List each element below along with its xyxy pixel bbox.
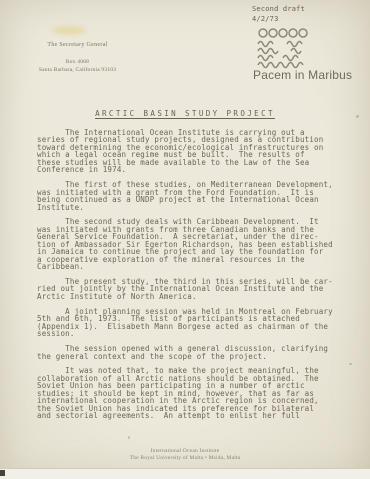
paragraph-present-study: The present study, the third in this ser… <box>37 278 347 300</box>
letterhead-address: The Secretary General Box 4068 Santa Bar… <box>30 42 125 74</box>
scanned-letter-page: Second draft 4/2/73 The Secretary Genera… <box>0 0 370 479</box>
letterhead-line-city: Santa Barbara, California 93103 <box>30 66 125 74</box>
pacem-in-maribus-wordmark: Pacem in Maribus <box>253 68 352 82</box>
scan-speck <box>349 363 352 365</box>
footer-imprint: International Ocean Institute The Royal … <box>0 448 370 462</box>
letter-body: The International Ocean Institute is car… <box>37 129 347 427</box>
paragraph-planning-session: A joint planning session was held in Mon… <box>37 308 347 338</box>
scan-corner-mark <box>0 470 5 476</box>
paragraph-intro: The International Ocean Institute is car… <box>37 129 347 174</box>
scan-bottom-edge <box>0 468 370 479</box>
paragraph-soviet-union: It was noted that, to make the project m… <box>37 367 347 419</box>
letterhead-line-box: Box 4068 <box>30 58 125 66</box>
footer-institute-address: The Royal University of Malta • Msida, M… <box>0 455 370 462</box>
draft-annotation: Second draft 4/2/73 <box>252 5 305 24</box>
footer-institute-name: International Ocean Institute <box>0 448 370 455</box>
letterhead-line-secretary-general: The Secretary General <box>30 42 125 48</box>
paragraph-session-opened: The session opened with a general discus… <box>37 345 347 360</box>
pacem-in-maribus-logo-icon <box>257 28 309 70</box>
scan-speck <box>356 115 359 118</box>
scan-speck <box>128 436 130 439</box>
paragraph-caribbean: The second study deals with Caribbean De… <box>37 218 347 270</box>
paper-stain <box>52 26 86 35</box>
page-title: ARCTIC BASIN STUDY PROJECT <box>0 109 370 118</box>
paragraph-mediterranean: The first of these studies, on Mediterra… <box>37 181 347 211</box>
